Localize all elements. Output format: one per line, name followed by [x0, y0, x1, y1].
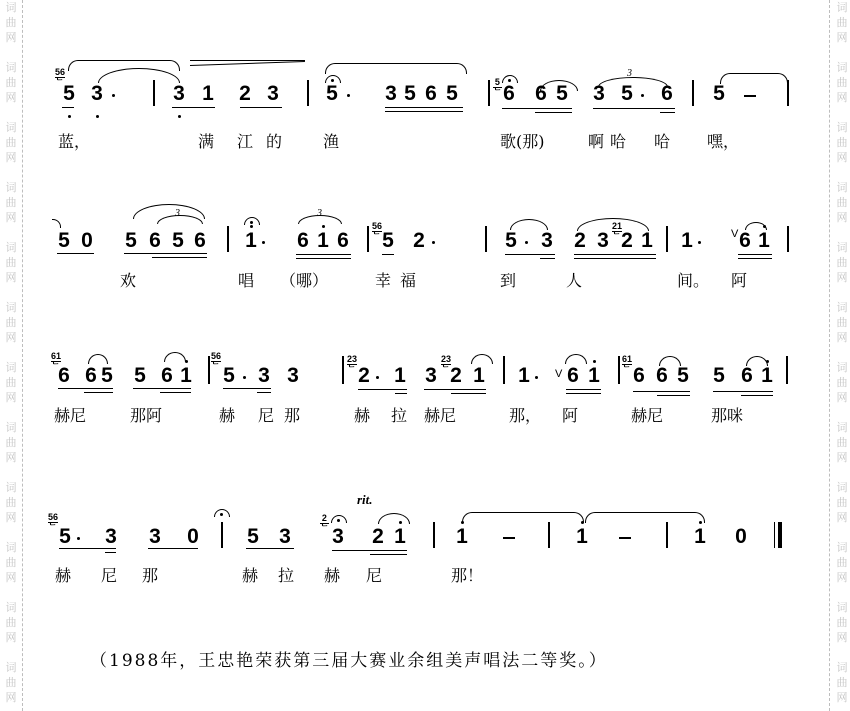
extension-dash — [503, 537, 515, 539]
underline-beam — [62, 107, 74, 108]
note: 1 — [575, 526, 589, 548]
watermark-char: 词 — [834, 360, 850, 375]
underline-beam — [424, 389, 486, 390]
note: 1 — [472, 365, 486, 387]
note: 0 — [80, 230, 94, 252]
watermark-char: 曲 — [834, 135, 850, 150]
watermark-char: 网 — [834, 630, 850, 645]
barline — [208, 356, 210, 384]
grace-note: 56ᄂ — [211, 352, 221, 371]
watermark-char: 曲 — [834, 255, 850, 270]
note: 5 — [133, 365, 147, 387]
watermark-char: 曲 — [834, 435, 850, 450]
note: 1 — [693, 526, 707, 548]
slur — [378, 513, 410, 524]
note: 3 — [540, 230, 554, 252]
grace-note: 56ᄂ — [48, 513, 58, 532]
fermata — [244, 217, 260, 225]
watermark-char: 网 — [3, 630, 19, 645]
barline — [367, 226, 369, 252]
note: 6 — [424, 83, 438, 105]
watermark-char: 词 — [834, 240, 850, 255]
note: 2 — [620, 230, 634, 252]
note: 6 — [632, 365, 646, 387]
watermark-char: 词 — [834, 180, 850, 195]
lyric: 嘿， — [707, 133, 739, 151]
watermark-char: 曲 — [834, 555, 850, 570]
note: 5 — [62, 83, 76, 105]
grace-note: 61ᄂ — [622, 355, 632, 374]
watermark-char: 网 — [834, 210, 850, 225]
slur — [565, 354, 587, 364]
barline — [786, 356, 788, 384]
underline-beam — [332, 550, 407, 551]
watermark-char: 网 — [834, 150, 850, 165]
barline — [342, 356, 344, 384]
breath-mark: V — [555, 368, 562, 380]
underline-beam — [84, 392, 113, 393]
note: 6 — [57, 365, 71, 387]
lyric: 那咪 — [711, 407, 743, 425]
barline — [153, 80, 155, 106]
underline-beam — [738, 254, 772, 255]
watermark-char: 曲 — [834, 315, 850, 330]
right-margin-watermark: 词曲网词曲网词曲网词曲网词曲网词曲网词曲网词曲网词曲网词曲网词曲网词曲网 — [829, 0, 850, 711]
note: 1 — [316, 230, 330, 252]
watermark-char: 词 — [834, 420, 850, 435]
note: 1 — [393, 526, 407, 548]
watermark-char: 曲 — [3, 435, 19, 450]
underline-beam — [713, 391, 773, 392]
watermark-char: 网 — [3, 90, 19, 105]
note: 5 — [555, 83, 569, 105]
note: 3 — [384, 83, 398, 105]
slur — [720, 73, 788, 84]
note: 5 — [124, 230, 138, 252]
watermark-char: 词 — [3, 660, 19, 675]
note: 5 — [171, 230, 185, 252]
underline-beam — [540, 258, 555, 259]
lyric: 那 — [284, 407, 300, 425]
tempo-mark-rit: rit. — [357, 492, 373, 508]
footer-note: （1988年，王忠艳荣获第三届大赛业余组美声唱法二等奖。） — [90, 646, 608, 671]
watermark-char: 曲 — [834, 15, 850, 30]
lyric: 幸 — [375, 272, 391, 290]
lyric: 唱 — [238, 272, 254, 290]
watermark-char: 曲 — [834, 615, 850, 630]
lyric: 赫 — [242, 567, 258, 585]
watermark-char: 网 — [3, 30, 19, 45]
slur — [88, 354, 108, 364]
final-barline-thick — [778, 522, 782, 548]
watermark-char: 曲 — [3, 135, 19, 150]
watermark-char: 网 — [3, 270, 19, 285]
watermark-char: 曲 — [3, 255, 19, 270]
watermark-char: 词 — [834, 660, 850, 675]
note: 5 — [504, 230, 518, 252]
underline-beam — [738, 258, 772, 259]
watermark-char: 词 — [834, 300, 850, 315]
grace-note: 5ᄂ — [493, 78, 502, 97]
fermata — [214, 509, 230, 517]
note: 3 — [286, 365, 300, 387]
underline-beam — [385, 111, 463, 112]
underline-beam — [58, 388, 113, 389]
barline — [307, 80, 309, 106]
note: 5 — [100, 365, 114, 387]
lyric: 人 — [566, 272, 582, 290]
watermark-char: 词 — [834, 0, 850, 15]
watermark-char: 词 — [3, 360, 19, 375]
watermark-char: 曲 — [834, 375, 850, 390]
decrescendo-hairpin — [190, 61, 305, 66]
watermark-char: 词 — [834, 60, 850, 75]
underline-beam — [172, 107, 215, 108]
note: 0 — [186, 526, 200, 548]
final-barline-thin — [774, 522, 775, 548]
lyric: 的 — [266, 133, 282, 151]
note: 1 — [680, 230, 694, 252]
note: 2 — [412, 230, 426, 252]
note: 5 — [325, 83, 339, 105]
note: 6 — [296, 230, 310, 252]
watermark-char: 网 — [834, 90, 850, 105]
underline-beam — [296, 254, 351, 255]
watermark-char: 词 — [3, 300, 19, 315]
lyric: 阿 — [731, 272, 747, 290]
augmentation-dot — [262, 241, 265, 244]
slur — [471, 354, 493, 364]
watermark-char: 网 — [834, 330, 850, 345]
underline-beam — [370, 554, 407, 555]
underline-beam — [633, 391, 690, 392]
augmentation-dot — [535, 376, 538, 379]
barline — [618, 356, 620, 384]
note: 3 — [90, 83, 104, 105]
note: 5 — [58, 526, 72, 548]
lyric: 尼 — [258, 407, 274, 425]
watermark-char: 网 — [834, 30, 850, 45]
watermark-char: 网 — [3, 450, 19, 465]
watermark-char: 词 — [3, 120, 19, 135]
triplet-number: 3 — [317, 208, 322, 219]
note: 6 — [336, 230, 350, 252]
note: 5 — [222, 365, 236, 387]
watermark-char: 词 — [3, 600, 19, 615]
watermark-char: 网 — [3, 390, 19, 405]
lyric: 那阿 — [130, 407, 162, 425]
watermark-char: 网 — [834, 450, 850, 465]
underline-beam — [395, 393, 407, 394]
watermark-char: 曲 — [834, 75, 850, 90]
note: 5 — [445, 83, 459, 105]
note: 6 — [193, 230, 207, 252]
watermark-char: 网 — [834, 270, 850, 285]
underline-beam — [535, 112, 572, 113]
lyric: 赫 — [55, 567, 71, 585]
note: 3 — [592, 83, 606, 105]
underline-beam — [566, 393, 601, 394]
note: 5 — [381, 230, 395, 252]
slur — [325, 63, 467, 74]
lyric: 赫尼 — [54, 407, 86, 425]
watermark-char: 词 — [834, 120, 850, 135]
tie — [585, 512, 705, 523]
augmentation-dot — [641, 94, 644, 97]
watermark-char: 曲 — [834, 675, 850, 690]
underline-beam — [133, 388, 191, 389]
underline-beam — [148, 548, 198, 549]
underline-beam — [152, 257, 207, 258]
barline — [485, 226, 487, 252]
lyric: 蓝， — [58, 133, 90, 151]
watermark-char: 词 — [3, 480, 19, 495]
note: 2 — [238, 83, 252, 105]
note: 1 — [179, 365, 193, 387]
watermark-char: 网 — [3, 510, 19, 525]
watermark-char: 词 — [834, 540, 850, 555]
watermark-char: 网 — [3, 210, 19, 225]
grace-note: 2ᄂ — [320, 514, 329, 533]
barline — [787, 226, 789, 252]
augmentation-dot — [432, 241, 435, 244]
note: 3 — [104, 526, 118, 548]
note: 6 — [534, 83, 548, 105]
lyric: 那 — [142, 567, 158, 585]
augmentation-dot — [376, 376, 379, 379]
note: 3 — [172, 83, 186, 105]
watermark-char: 曲 — [3, 375, 19, 390]
note: 3 — [331, 526, 345, 548]
barline — [488, 80, 490, 106]
lyric: 赫尼 — [424, 407, 456, 425]
underline-beam — [566, 389, 601, 390]
underline-beam — [124, 253, 207, 254]
barline — [666, 226, 668, 252]
note: 1 — [201, 83, 215, 105]
note: 1 — [244, 230, 258, 252]
underline-beam — [296, 258, 351, 259]
watermark-char: 曲 — [834, 195, 850, 210]
lyric: 赫 — [324, 567, 340, 585]
barline — [548, 522, 550, 548]
lyric: 江 — [237, 133, 253, 151]
watermark-char: 词 — [834, 480, 850, 495]
lyric: 到 — [500, 272, 516, 290]
note: 5 — [712, 83, 726, 105]
lyric: 尼 — [366, 567, 382, 585]
underline-beam — [574, 258, 656, 259]
lyric: 福 — [400, 272, 416, 290]
augmentation-dot — [698, 241, 701, 244]
watermark-char: 曲 — [3, 555, 19, 570]
lyric: 哈 — [610, 133, 626, 151]
underline-beam — [451, 393, 486, 394]
note: 6 — [160, 365, 174, 387]
lyric: 阿 — [562, 407, 578, 425]
watermark-char: 网 — [3, 690, 19, 705]
underline-beam — [502, 108, 572, 109]
note: 2 — [449, 365, 463, 387]
note: 5 — [57, 230, 71, 252]
barline — [503, 356, 505, 384]
underline-beam — [657, 395, 690, 396]
watermark-char: 词 — [3, 540, 19, 555]
watermark-char: 曲 — [3, 15, 19, 30]
note: 3 — [148, 526, 162, 548]
underline-beam — [160, 392, 191, 393]
note: 2 — [357, 365, 371, 387]
watermark-char: 网 — [3, 150, 19, 165]
extension-dash — [619, 537, 631, 539]
triplet-number: 3 — [175, 208, 180, 219]
underline-beam — [105, 552, 116, 553]
note: 6 — [738, 230, 752, 252]
extension-dash — [744, 95, 756, 97]
note: 6 — [566, 365, 580, 387]
barline — [692, 80, 694, 106]
lyric: 哈 — [654, 133, 670, 151]
note: 5 — [620, 83, 634, 105]
underline-beam — [246, 548, 294, 549]
note: 6 — [502, 83, 516, 105]
slur — [164, 352, 186, 362]
watermark-char: 词 — [834, 600, 850, 615]
note: 3 — [596, 230, 610, 252]
lyric: 那！ — [451, 567, 483, 585]
note: 6 — [740, 365, 754, 387]
note: 1 — [587, 365, 601, 387]
watermark-char: 网 — [3, 330, 19, 345]
note: 1 — [455, 526, 469, 548]
barline — [433, 522, 435, 548]
note: 5 — [403, 83, 417, 105]
lyric: （哪） — [280, 272, 328, 290]
underline-beam — [382, 254, 394, 255]
underline-beam — [358, 389, 407, 390]
watermark-char: 曲 — [3, 195, 19, 210]
underline-beam — [385, 107, 463, 108]
note: 1 — [517, 365, 531, 387]
grace-note: 23ᄂ — [347, 355, 357, 374]
note: 1 — [757, 230, 771, 252]
augmentation-dot — [347, 94, 350, 97]
note: 5 — [676, 365, 690, 387]
watermark-char: 词 — [3, 60, 19, 75]
note: 6 — [148, 230, 162, 252]
barline — [666, 522, 668, 548]
lyric: 那， — [509, 407, 541, 425]
watermark-char: 网 — [834, 510, 850, 525]
lyric: 啊 — [588, 133, 604, 151]
watermark-char: 曲 — [3, 615, 19, 630]
underline-beam — [257, 392, 271, 393]
lyric: 赫尼 — [631, 407, 663, 425]
underline-beam — [741, 395, 773, 396]
note: 2 — [371, 526, 385, 548]
lyric: 欢 — [120, 272, 136, 290]
watermark-char: 曲 — [3, 75, 19, 90]
note: 3 — [257, 365, 271, 387]
note: 6 — [84, 365, 98, 387]
watermark-char: 曲 — [3, 495, 19, 510]
augmentation-dot — [112, 94, 115, 97]
augmentation-dot — [525, 241, 528, 244]
underline-beam — [593, 108, 675, 109]
slur — [52, 219, 61, 228]
tie — [462, 512, 584, 523]
barline — [221, 522, 223, 548]
lyric: 赫 — [219, 407, 235, 425]
barline — [227, 226, 229, 252]
barline — [787, 80, 789, 106]
underline-beam — [57, 253, 94, 254]
watermark-char: 网 — [3, 570, 19, 585]
note: 6 — [655, 365, 669, 387]
watermark-char: 词 — [3, 240, 19, 255]
triplet-number: 3 — [627, 68, 632, 79]
watermark-char: 网 — [834, 690, 850, 705]
watermark-char: 曲 — [3, 675, 19, 690]
note: 1 — [640, 230, 654, 252]
lyric: 歌(那) — [500, 133, 545, 151]
lyric: 间。 — [677, 272, 709, 290]
lyric: 尼 — [101, 567, 117, 585]
lyric: 渔 — [323, 133, 339, 151]
underline-beam — [574, 254, 656, 255]
watermark-char: 词 — [3, 420, 19, 435]
underline-beam — [660, 112, 675, 113]
watermark-char: 曲 — [3, 315, 19, 330]
augmentation-dot — [243, 376, 246, 379]
lyric: 赫 — [354, 407, 370, 425]
note: 3 — [266, 83, 280, 105]
underline-beam — [59, 548, 116, 549]
note: 6 — [660, 83, 674, 105]
note: 0 — [734, 526, 748, 548]
watermark-char: 曲 — [834, 495, 850, 510]
augmentation-dot — [77, 537, 80, 540]
watermark-char: 词 — [3, 0, 19, 15]
underline-beam — [240, 107, 282, 108]
lyric: 拉 — [391, 407, 407, 425]
underline-beam — [505, 254, 555, 255]
note: 2 — [573, 230, 587, 252]
lyric: 拉 — [278, 567, 294, 585]
note: 1 — [393, 365, 407, 387]
underline-beam — [223, 388, 271, 389]
note: 1 — [760, 365, 774, 387]
watermark-char: 网 — [834, 390, 850, 405]
lyric: 满 — [198, 133, 214, 151]
watermark-char: 词 — [3, 180, 19, 195]
note: 5 — [712, 365, 726, 387]
watermark-char: 网 — [834, 570, 850, 585]
note: 5 — [246, 526, 260, 548]
left-margin-watermark: 词曲网词曲网词曲网词曲网词曲网词曲网词曲网词曲网词曲网词曲网词曲网词曲网 — [0, 0, 23, 711]
fermata — [331, 515, 347, 523]
note: 3 — [424, 365, 438, 387]
note: 3 — [278, 526, 292, 548]
